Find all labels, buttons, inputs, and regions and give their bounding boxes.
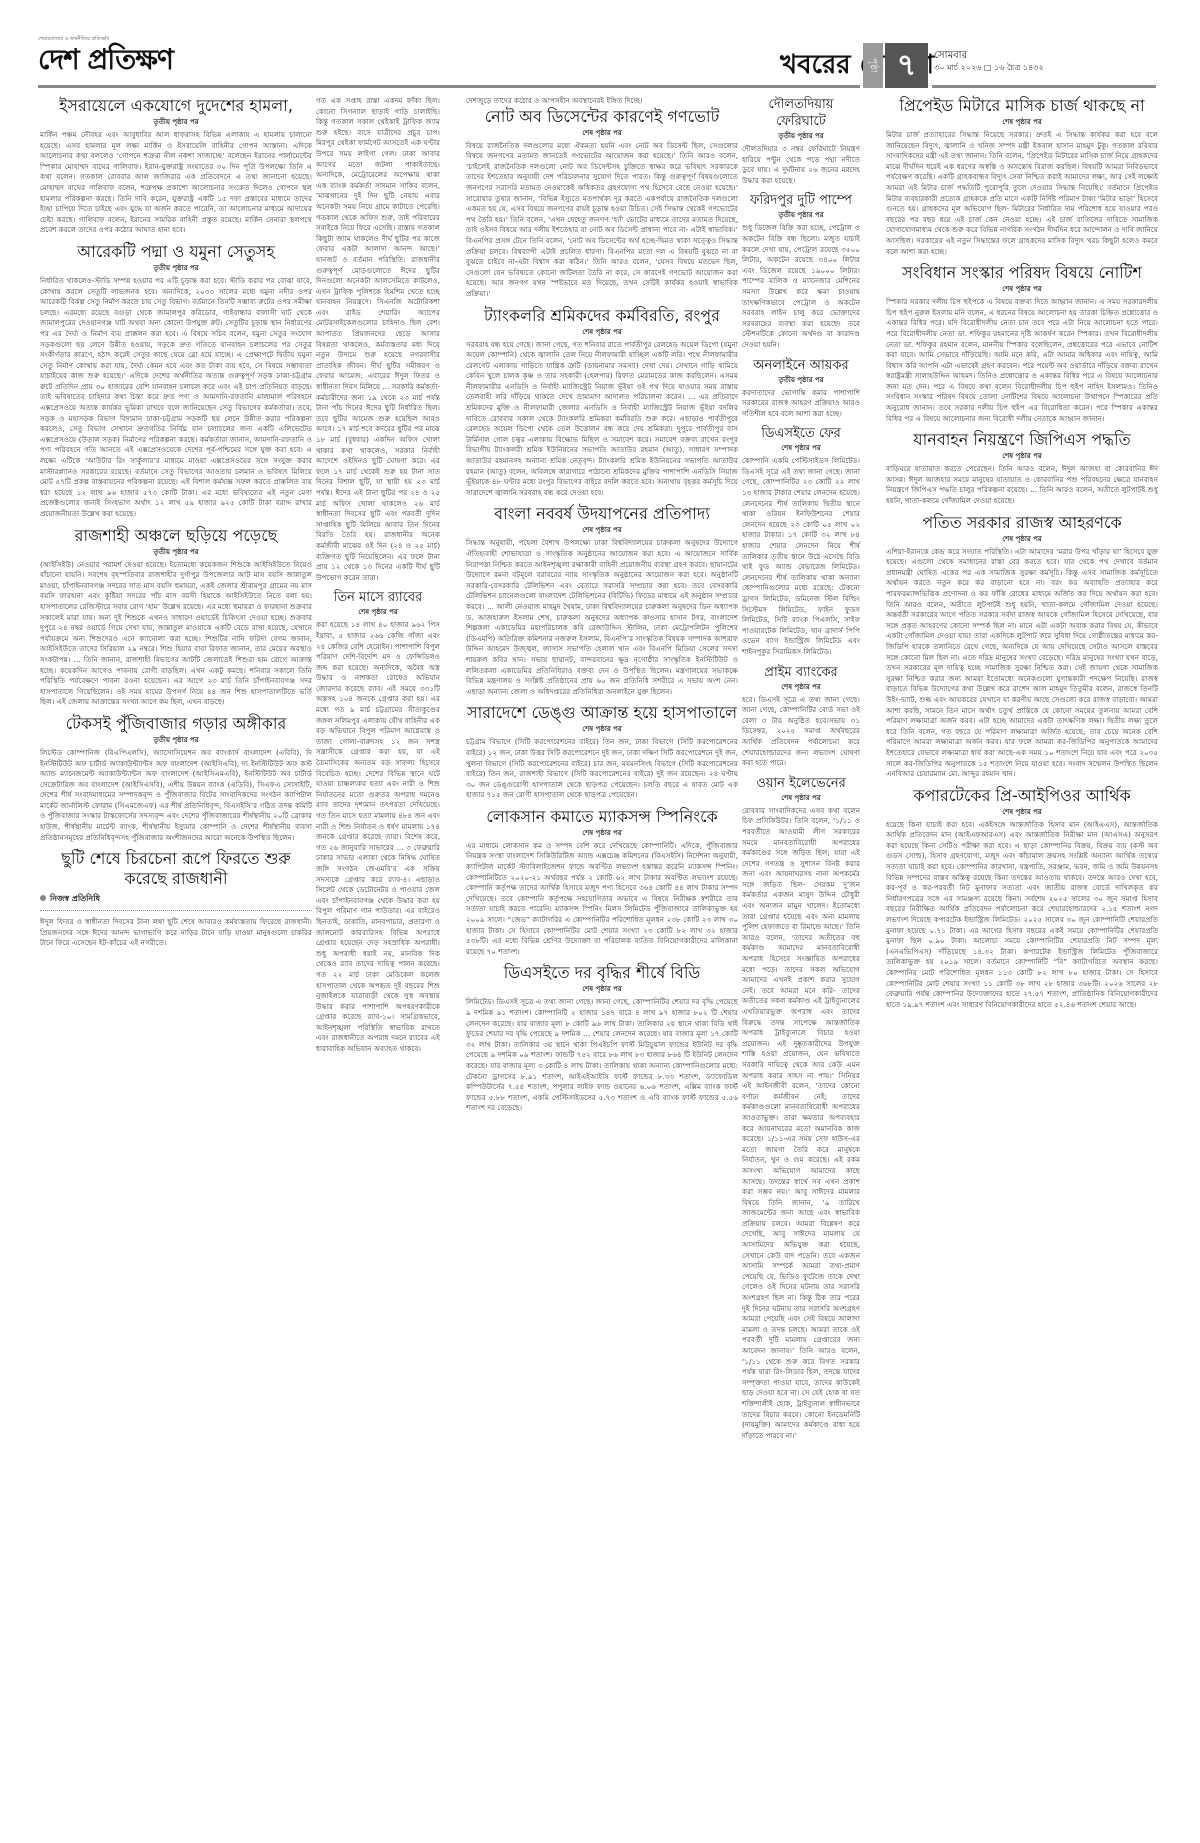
article-body: এর মাধ্যমে লোকসান কম ও সম্পদ বেশি করে দে…	[466, 841, 738, 958]
continuation-note: শেষ পৃষ্ঠার পর	[742, 792, 860, 804]
article-body: (আইসিইউ) নেওয়ার পরামর্শ দেওয়া হয়েছে। …	[40, 560, 312, 708]
continuation-note: শেষ পৃষ্ঠার পর	[742, 442, 860, 454]
page-label: পৃষ্ঠা	[863, 43, 883, 88]
article-note-of-dissent: নোট অব ডিসেন্টের কারণেই গণভোট শেষ পৃষ্ঠা…	[466, 107, 738, 300]
headline[interactable]: সারাদেশে ডেঙ্গু আক্রান্ত হয়ে হাসপাতালে	[466, 703, 738, 723]
headline[interactable]: কপারটেকের প্রি-আইপিওর আর্থিক	[886, 786, 1158, 806]
continuation-note: শেষ পৃষ্ঠার পর	[466, 326, 738, 338]
continuation-note: শেষ পৃষ্ঠার পর	[466, 983, 738, 995]
headline[interactable]: বাংলা নববর্ষ উদযাপনের প্রতিপাদ্য	[466, 504, 738, 524]
article-capital-market-pledge: টেকসই পুঁজিবাজার গড়ার অঙ্গীকার তৃতীয় প…	[40, 714, 312, 843]
continuation-note: তৃতীয় পৃষ্ঠার পর	[40, 116, 312, 128]
byline: নিজস্ব প্রতিনিধি	[40, 893, 312, 906]
headline[interactable]: যানবাহন নিয়ন্ত্রণে জিপিএস পদ্ধতি	[886, 430, 1158, 450]
article-body: লিমিটেড। ডিএসই সূত্রে এ তথ্য জানা গেছে। …	[466, 997, 738, 1114]
continuation-note: শেষ পৃষ্ঠার পর	[742, 681, 860, 693]
article-one-eleven: ওয়ান ইলেভেনের শেষ পৃষ্ঠার পর রোববার সাং…	[742, 775, 860, 1442]
headline[interactable]: পতিত সরকার রাজস্ব আহরণকে	[886, 513, 1158, 533]
article-rajshahi-measles: রাজশাহী অঞ্চলে ছড়িয়ে পড়েছে তৃতীয় পৃষ…	[40, 526, 312, 708]
divider	[40, 910, 312, 911]
logo-block: শেয়ারবাজার ও অর্থনীতির প্রতিচ্ছবি দেশ প…	[38, 36, 173, 76]
article-body: হবে। ডিএসই সূত্রে এ তথ্য জানা গেছে। জানা…	[742, 695, 860, 769]
article-prime-bank: প্রাইম ব্যাংকের শেষ পৃষ্ঠার পর হবে। ডিএস…	[742, 664, 860, 769]
article-body: সিদ্ধান্ত অনুযায়ী, পহেলা বৈশাখ উপলক্ষ্য…	[466, 538, 738, 697]
headline[interactable]: দৌলতদিয়ায় ফেরিঘাটে	[742, 96, 860, 130]
date-line: ৩০ মার্চ ২০২৬ □ ১৬ চৈত্র ১৪৩২	[934, 62, 1044, 75]
article-prepaid-meter: প্রিপেইড মিটারে মাসিক চার্জ থাকছে না শেষ…	[886, 96, 1158, 257]
article-online-tax: অনলাইনে আয়কর তৃতীয় পৃষ্ঠার পর করদাতাদে…	[742, 357, 860, 420]
headline[interactable]: টেকসই পুঁজিবাজার গড়ার অঙ্গীকার	[40, 714, 312, 734]
headline[interactable]: তিন মাসে র‍্যাবের	[316, 589, 440, 606]
article-rab-three-months: তিন মাসে র‍্যাবের শেষ পৃষ্ঠার পর করা হয়…	[316, 589, 440, 1054]
article-body: করা হয়েছে ১৪ লাখ ৪০ হাজার ৯৬২ পিস ইয়াব…	[316, 620, 440, 1054]
article-coppertech-preipo: কপারটেকের প্রি-আইপিওর আর্থিক শেষ পৃষ্ঠার…	[886, 786, 1158, 1011]
continuation-note: তৃতীয় পৃষ্ঠার পর	[742, 374, 860, 386]
article-padma-jamuna-bridge: আরেকটি পদ্মা ও যমুনা সেতুসহ তৃতীয় পৃষ্ঠ…	[40, 242, 312, 520]
article-body: স্পিকার সরকার দলীয় চিপ হুইপকে এ বিষয়ে …	[886, 297, 1158, 424]
continuation-note: শেষ পৃষ্ঠার পর	[886, 116, 1158, 128]
article-body: মিটার চার্জ প্রত্যাহারের সিদ্ধান্ত নিয়ে…	[886, 130, 1158, 257]
column-left-narrow: গত এক সপ্তাহ রাস্তা একদম ফাঁকা ছিল। কোনো…	[316, 96, 440, 1061]
article-body: বাড়িঘরে যাতায়াত করতে পেরেছেন। তিনি আরও…	[886, 464, 1158, 506]
headline[interactable]: ট্যাংকলরি শ্রমিকদের কর্মবিরতি, রংপুর	[466, 306, 738, 326]
continuation-note: শেষ পৃষ্ঠার পর	[466, 723, 738, 735]
headline[interactable]: ইসরায়েলে একযোগে দুদেশের হামলা,	[40, 96, 312, 116]
page-number: ৭	[885, 43, 928, 88]
headline[interactable]: প্রাইম ব্যাংকের	[742, 664, 860, 681]
continuation-note: শেষ পৃষ্ঠার পর	[886, 450, 1158, 462]
article-body: লিস্টেড কোম্পানিজ (বিএপিএলসি), অ্যাসোসিয…	[40, 748, 312, 843]
headline[interactable]: ছুটি শেষে চিরচেনা রূপে ফিরতে শুরু করেছে …	[40, 849, 312, 889]
header-rule	[38, 85, 568, 88]
headline[interactable]: প্রিপেইড মিটারে মাসিক চার্জ থাকছে না	[886, 96, 1158, 116]
article-body: রোববার সাংবাদিকদের এসব কথা বলেন চিফ প্রস…	[742, 806, 860, 1442]
headline[interactable]: ডিএসইতে ফের	[742, 425, 860, 442]
continuation-note: তৃতীয় পৃষ্ঠার পর	[40, 262, 312, 274]
headline[interactable]: অনলাইনে আয়কর	[742, 357, 860, 374]
article-body: কোম্পানি একমি পেস্টিসাইডস লিমিটেড। ডিএসই…	[742, 456, 860, 657]
continuation-note: শেষ পৃষ্ঠার পর	[466, 827, 738, 839]
headline[interactable]: ডিএসইতে দর বৃদ্ধির শীর্ষে বিডি	[466, 963, 738, 983]
article-body: মার্কিন পঞ্চম নৌবহর এবং আবুধাবির আল ধাফর…	[40, 130, 312, 236]
continuation-note: তৃতীয় পৃষ্ঠার পর	[742, 130, 860, 142]
article-tail: দেশজুড়ে তাদের কঠোর ও আপসহীন অবস্থানেরই …	[466, 96, 738, 107]
article-dse-again: ডিএসইতে ফের শেষ পৃষ্ঠার পর কোম্পানি একমি…	[742, 425, 860, 657]
column-right-narrow: দৌলতদিয়ায় ফেরিঘাটে তৃতীয় পৃষ্ঠার পর দ…	[742, 96, 860, 1447]
article-constitution-notice: সংবিধান সংস্কার পরিষদ বিষয়ে নোটিশ শেষ প…	[886, 263, 1158, 424]
article-body: চট্টগ্রাম বিভাগে (সিটি করপোরেশনের বাইরে)…	[466, 737, 738, 801]
continuation-note: শেষ পৃষ্ঠার পর	[886, 806, 1158, 818]
article-body: নির্ধারিত থাকলেও-স্টাডি সম্পন্ন হওয়ার প…	[40, 276, 312, 520]
article-body: করদাতাদের ভোগান্তি কমার পাশাপাশি সরকারের…	[742, 388, 860, 420]
headline[interactable]: লোকসান কমাতে ম্যাকসন্স স্পিনিংকে	[466, 807, 738, 827]
continuation-note: তৃতীয় পৃষ্ঠার পর	[742, 209, 860, 221]
article-body: দৌলতদিয়ার ৩ নম্বর ফেরিঘাটে নিয়ন্ত্রণ হ…	[742, 144, 860, 186]
header-rule	[932, 85, 1156, 88]
bullet-icon	[40, 895, 46, 901]
article-body: হয়েছে কিনা যাচাই করা হবে। একইসঙ্গে আন্ত…	[886, 820, 1158, 1011]
article-body: ঈদুল ফিতর ও স্বাধীনতা দিবসের টানা লম্বা …	[40, 917, 312, 949]
article-maxons-spinning: লোকসান কমাতে ম্যাকসন্স স্পিনিংকে শেষ পৃষ…	[466, 807, 738, 958]
article-body: শুধু ডিজেল বিক্রি করা হচ্ছে, পেট্রোল ও অ…	[742, 223, 860, 350]
headline[interactable]: সংবিধান সংস্কার পরিষদ বিষয়ে নোটিশ	[886, 263, 1158, 283]
headline[interactable]: ফরিদপুর দুটি পাম্পে	[742, 192, 860, 209]
continuation-note: শেষ পৃষ্ঠার পর	[316, 606, 440, 618]
column-center: দেশজুড়ে তাদের কঠোর ও আপসহীন অবস্থানেরই …	[466, 96, 738, 1120]
article-body: গত এক সপ্তাহ রাস্তা একদম ফাঁকা ছিল। কোনো…	[316, 96, 440, 583]
article-body: এশিয়া-ইরানকে কেন্দ্র করে সংঘাত পরিস্থিত…	[886, 547, 1158, 780]
column-right: প্রিপেইড মিটারে মাসিক চার্জ থাকছে না শেষ…	[886, 96, 1158, 1016]
continuation-note: শেষ পৃষ্ঠার পর	[886, 533, 1158, 545]
article-faridpur-pumps: ফরিদপুর দুটি পাম্পে তৃতীয় পৃষ্ঠার পর শু…	[742, 192, 860, 350]
column-left: ইসরায়েলে একযোগে দুদেশের হামলা, তৃতীয় প…	[40, 96, 312, 955]
headline[interactable]: নোট অব ডিসেন্টের কারণেই গণভোট	[466, 107, 738, 127]
article-dse-top-gainer: ডিএসইতে দর বৃদ্ধির শীর্ষে বিডি শেষ পৃষ্ঠ…	[466, 963, 738, 1114]
article-israel-attack: ইসরায়েলে একযোগে দুদেশের হামলা, তৃতীয় প…	[40, 96, 312, 236]
continuation-note: তৃতীয় পৃষ্ঠার পর	[40, 734, 312, 746]
masthead: শেয়ারবাজার ও অর্থনীতির প্রতিচ্ছবি দেশ প…	[0, 0, 1200, 90]
article-body: বিষয়ে রাজনৈতিক দলগুলোর মধ্যে ঐকমত্য হয়…	[466, 141, 738, 300]
article-gps-vehicle: যানবাহন নিয়ন্ত্রণে জিপিএস পদ্ধতি শেষ পৃ…	[886, 430, 1158, 506]
byline-text: নিজস্ব প্রতিনিধি	[50, 894, 100, 903]
article-bangla-new-year: বাংলা নববর্ষ উদযাপনের প্রতিপাদ্য শেষ পৃষ…	[466, 504, 738, 697]
continuation-note: শেষ পৃষ্ঠার পর	[466, 524, 738, 536]
article-capital-returns: ছুটি শেষে চিরচেনা রূপে ফিরতে শুরু করেছে …	[40, 849, 312, 949]
continuation-note: শেষ পৃষ্ঠার পর	[886, 283, 1158, 295]
article-dengue: সারাদেশে ডেঙ্গু আক্রান্ত হয়ে হাসপাতালে …	[466, 703, 738, 801]
continuation-note: তৃতীয় পৃষ্ঠার পর	[40, 546, 312, 558]
article-daulatdia-ferry: দৌলতদিয়ায় ফেরিঘাটে তৃতীয় পৃষ্ঠার পর দ…	[742, 96, 860, 186]
headline[interactable]: আরেকটি পদ্মা ও যমুনা সেতুসহ	[40, 242, 312, 262]
article-body: সরবরাহ বন্ধ হয়ে গেছে। জানা গেছে, গত শনি…	[466, 340, 738, 499]
newspaper-logo[interactable]: দেশ প্রতিক্ষণ	[38, 44, 173, 76]
article-capital-returns-cont: গত এক সপ্তাহ রাস্তা একদম ফাঁকা ছিল। কোনো…	[316, 96, 440, 583]
article-tanklorry-strike: ট্যাংকলরি শ্রমিকদের কর্মবিরতি, রংপুর শেষ…	[466, 306, 738, 499]
article-revenue-collection: পতিত সরকার রাজস্ব আহরণকে শেষ পৃষ্ঠার পর …	[886, 513, 1158, 780]
continuation-note: শেষ পৃষ্ঠার পর	[466, 127, 738, 139]
headline[interactable]: ওয়ান ইলেভেনের	[742, 775, 860, 792]
headline[interactable]: রাজশাহী অঞ্চলে ছড়িয়ে পড়েছে	[40, 526, 312, 546]
